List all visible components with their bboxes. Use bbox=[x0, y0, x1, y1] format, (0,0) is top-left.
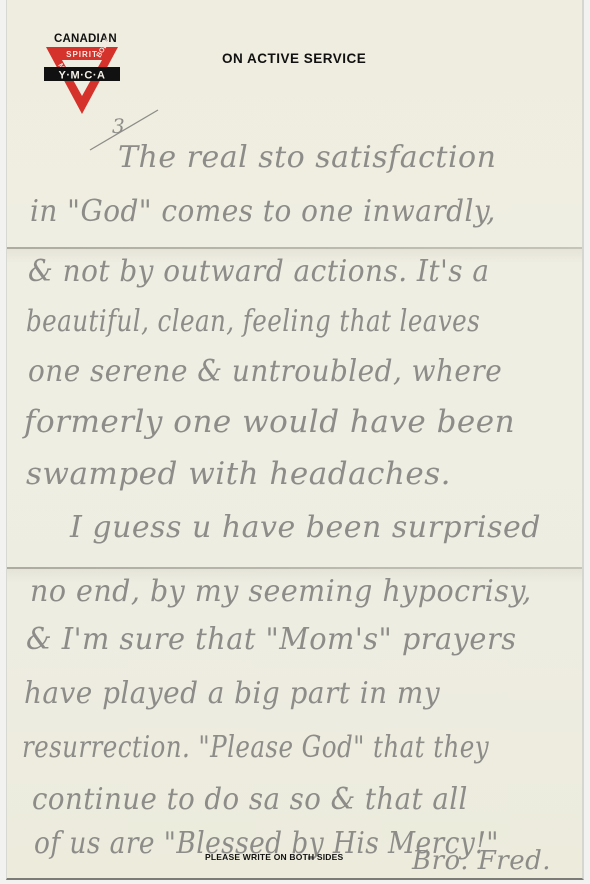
svg-text:SPIRIT: SPIRIT bbox=[66, 50, 98, 59]
letter-line-8: I guess u have been surprised bbox=[70, 510, 541, 545]
ymca-triangle-icon: SPIRIT MIND BODY Y·M·C·A bbox=[44, 30, 120, 116]
footer-note: PLEASE WRITE ON BOTH SIDES bbox=[205, 852, 343, 862]
letter-line-1: The real sto satisfaction bbox=[118, 140, 496, 175]
letter-line-12: resurrection. "Please God" that they bbox=[22, 730, 489, 765]
ymca-logo: CANADIAN SPIRIT MIND BODY Y·M·C·A bbox=[44, 30, 120, 116]
page-number: 3 bbox=[112, 114, 125, 138]
letter-line-11: have played a big part in my bbox=[24, 676, 440, 711]
letter-line-2: in "God" comes to one inwardly, bbox=[30, 194, 496, 229]
letter-line-5: one serene & untroubled, where bbox=[28, 354, 502, 389]
letter-line-4: beautiful, clean, feeling that leaves bbox=[26, 304, 480, 339]
letterhead-title: ON ACTIVE SERVICE bbox=[222, 51, 366, 66]
signature: Bro. Fred. bbox=[412, 846, 551, 876]
letter-line-7: swamped with headaches. bbox=[26, 456, 451, 492]
letter-line-13: continue to do sa so & that all bbox=[32, 782, 468, 817]
letter-line-6: formerly one would have been bbox=[24, 404, 515, 440]
letter-line-3: & not by outward actions. It's a bbox=[28, 254, 489, 289]
letter-line-9: no end, by my seeming hypocrisy, bbox=[30, 574, 532, 609]
letter-line-10: & I'm sure that "Mom's" prayers bbox=[26, 622, 516, 657]
svg-text:Y·M·C·A: Y·M·C·A bbox=[59, 70, 106, 82]
